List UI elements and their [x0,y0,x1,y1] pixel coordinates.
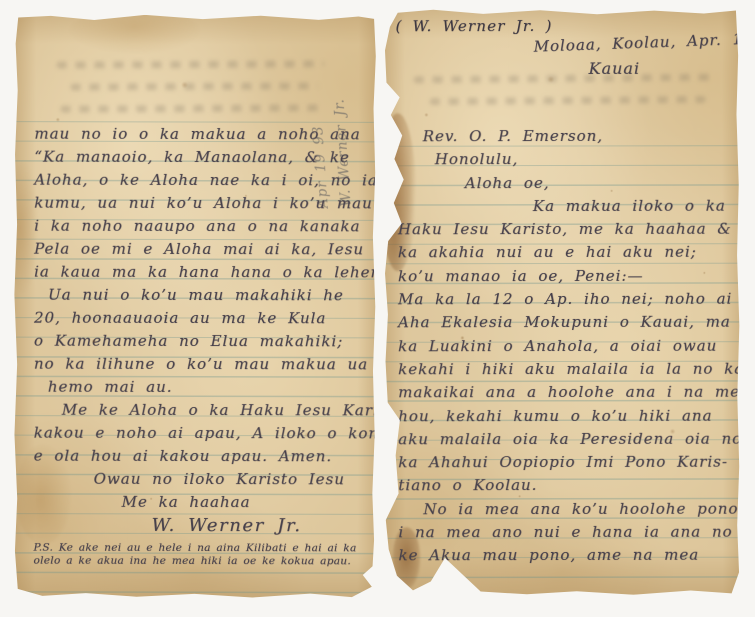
letter-line: Haku Iesu Karisto, me ka haahaa & [398,218,736,242]
letter-line: kakou e noho ai apau, A iloko o kona man… [34,422,370,446]
stain [70,9,200,53]
letter-line: mau no io o ka makua a noho ana [34,123,370,147]
ink-bleed-through [70,82,318,90]
ink-bleed-through [414,74,712,84]
letter-line: Honolulu, [435,148,736,172]
letter-line: W. Werner Jr. [152,514,370,537]
letter-line: makaikai ana a hoolohe ana i na mea [398,381,736,405]
letter-line: o Kamehameha no Elua makahiki; [34,330,370,354]
letter-line: Me ke Aloha o ka Haku Iesu Karisto [62,399,370,423]
letter-line: ka Ahahui Oopiopio Imi Pono Karis- [398,451,736,475]
letter-line: No ia mea ana ko’u hoolohe pono ana [423,497,736,521]
letter-line: kumu, ua nui ko’u Aloha i ko’u mau [34,192,370,216]
letter-line: Aloha oe, [465,171,736,195]
letter-line: e ola hou ai kakou apau. Amen. [34,445,370,469]
ink-bleed-through [60,104,322,112]
letter-line: kekahi i hiki aku malaila ia la no ka [398,358,736,382]
letter-line: i na mea ano nui e hana ia ana no ko [398,521,736,545]
left-page-letter-body: mau no io o ka makua a noho ana“Ka manao… [33,123,370,569]
letter-line: Aha Ekalesia Mokupuni o Kauai, ma [398,311,736,335]
scanned-letter-canvas: Apr 19 93 W. Werner Jr. mau no io o ka m… [0,0,755,617]
right-page-letter-body: Rev. O. P. Emerson,Honolulu,Aloha oe,Ka … [398,125,737,568]
letter-line: ka Luakini o Anahola, a oiai owau [398,334,736,358]
letter-line: Rev. O. P. Emerson, [423,125,736,149]
letter-line: hemo mai au. [48,376,370,400]
letter-line: P.S. Ke ake nei au e hele i na aina Kili… [33,542,369,556]
letter-line: aku malaila oia ka Peresidena oia no [398,428,736,452]
letter-line: Owau no iloko Karisto Iesu [94,468,370,492]
letter-line: ka akahia nui au e hai aku nei; [398,241,736,265]
letter-line: Me ka haahaa [122,491,370,515]
ink-bleed-through [430,96,706,105]
letter-line: hou, kekahi kumu o ko’u hiki ana [398,404,736,428]
letter-line: olelo a ke akua ina he mea hiki ia oe ke… [33,555,369,569]
letter-line: i ka noho naaupo ana o na kanaka [34,215,370,239]
letter-line: Ma ka la 12 o Ap. iho nei; noho ai ka [398,288,736,312]
letter-line: tiano o Koolau. [398,474,736,498]
letter-line: Ua nui o ko’u mau makahiki he [48,284,370,308]
right-page: ( W. Werner Jr. ) Moloaa, Koolau, Apr. 1… [383,9,740,597]
letter-line: “Ka manaoio, ka Manaolana, & ke [34,146,370,170]
left-page: Apr 19 93 W. Werner Jr. mau no io o ka m… [13,15,376,599]
place-line: Kauai [589,59,640,78]
letter-line: no ka ilihune o ko’u mau makua ua [34,353,370,377]
header-annotation: ( W. Werner Jr. ) [396,17,553,35]
letter-line: ko’u manao ia oe, Penei:— [398,264,736,288]
letter-line: 20, hoonaauaoia au ma ke Kula [34,307,370,331]
letter-line: Aloha, o ke Aloha nae ka i oi, no ia [34,169,370,193]
letter-line: Pela oe mi e Aloha mai ai ka, Iesu Karis… [34,238,370,262]
letter-line: ke Akua mau pono, ame na mea [398,544,736,568]
ink-bleed-through [56,60,324,68]
letter-line: ia kaua ma ka hana hana o ka lehem. [34,261,370,285]
dateline: Moloaa, Koolau, Apr. 19, 93. [533,28,755,56]
letter-line: Ka makua iloko o ka [533,195,736,219]
